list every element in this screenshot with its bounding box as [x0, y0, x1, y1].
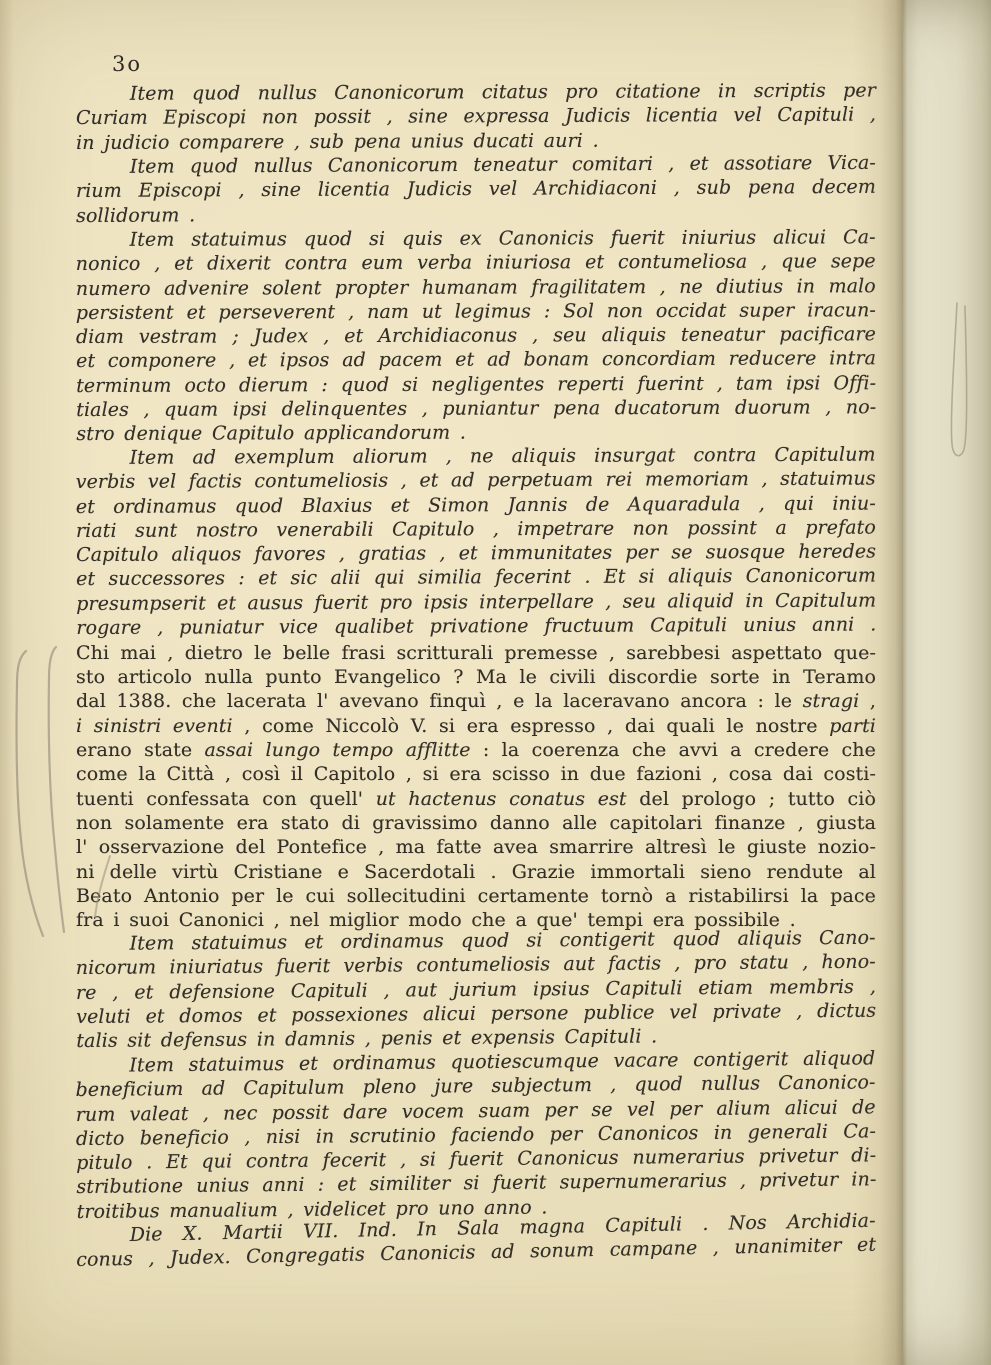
text-line: Item quod nullus Canonicorum citatus pro…	[76, 79, 876, 107]
paragraph-commentary: Chi mai , dietro le belle frasi scrittur…	[76, 641, 876, 933]
text-segment: Item quod nullus Canonicorum teneatur co…	[130, 152, 876, 178]
text-segment: l' osservazione del Pontefice , ma fatte…	[76, 836, 876, 858]
text-segment: diam vestram ; Judex , et Archidiaconus …	[76, 323, 876, 348]
emphasis-text: ut hactenus conatus est	[376, 788, 627, 810]
text-line: persistent et perseverent , nam ut legim…	[76, 298, 876, 325]
text-segment: in judicio comparere , sub pena unius du…	[76, 129, 599, 153]
text-segment: verbis vel factis contumeliosis , et ad …	[76, 468, 876, 493]
paragraph-statute-item-1: Item quod nullus Canonicorum citatus pro…	[76, 79, 876, 155]
text-segment: numero advenire solent propter humanam f…	[76, 275, 876, 300]
text-segment: tiales , quam ipsi delinquentes , punian…	[76, 396, 876, 421]
text-segment: sollidorum .	[76, 204, 195, 227]
paragraph-statute-item-6: Item statuimus et ordinamus quotiescumqu…	[75, 1046, 877, 1224]
text-segment: Beato Antonio per le cui sollecitudini c…	[76, 885, 876, 907]
text-segment: persistent et perseverent , nam ut legim…	[76, 299, 876, 324]
text-segment: stro denique Capitulo applicandorum .	[76, 422, 466, 445]
page-fold-shadow	[852, 0, 903, 1365]
text-line: dal 1388. che lacerata l' avevano finquì…	[76, 689, 876, 713]
text-line: sollidorum .	[76, 199, 876, 227]
text-segment: Item ad exemplum aliorum , ne aliquis in…	[130, 444, 876, 469]
text-segment: erano state	[76, 739, 205, 761]
text-segment: riati sunt nostro venerabili Capitulo , …	[76, 517, 876, 542]
page-number: 3o	[112, 52, 142, 76]
text-line: i sinistri eventi , come Niccolò V. si e…	[76, 714, 876, 738]
text-segment: rium Episcopi , sine licentia Judicis ve…	[76, 176, 876, 202]
emphasis-text: i sinistri eventi	[76, 715, 233, 737]
left-edge-shadow	[0, 0, 14, 1365]
text-segment: presumpserit et ausus fuerit pro ipsis i…	[76, 590, 876, 615]
paragraph-statute-item-3: Item statuimus quod si quis ex Canonicis…	[76, 225, 877, 446]
text-line: Beato Antonio per le cui sollecitudini c…	[76, 884, 876, 908]
text-line: Curiam Episcopi non possit , sine expres…	[76, 103, 876, 131]
text-segment: ni delle virtù Cristiane e Sacerdotali .…	[76, 861, 876, 883]
text-segment: et componere , et ipsos ad pacem et ad b…	[76, 347, 876, 372]
text-segment: et ordinamus quod Blaxius et Simon Janni…	[76, 493, 876, 518]
text-block: Item quod nullus Canonicorum citatus pro…	[76, 82, 876, 1273]
text-segment: tuenti confessata con quell'	[76, 788, 376, 810]
text-segment: : la coerenza che avvi a credere che	[471, 739, 876, 761]
emphasis-text: assai lungo tempo afflitte	[205, 739, 471, 761]
text-segment: Capitulo aliquos favores , gratias , et …	[76, 541, 876, 566]
text-segment: non solamente era stato di gravissimo da…	[76, 812, 876, 834]
scanned-book-page: 3o Item quod nullus Canonicorum citatus …	[0, 0, 991, 1365]
text-segment: sto articolo nulla punto Evangelico ? Ma…	[76, 666, 876, 688]
text-segment: come la Città , così il Capitolo , si er…	[76, 763, 876, 785]
text-line: verbis vel factis contumeliosis , et ad …	[76, 467, 876, 495]
paragraph-statute-item-5: Item statuimus et ordinamus quod si cont…	[76, 926, 877, 1054]
text-line: rium Episcopi , sine licentia Judicis ve…	[76, 175, 876, 203]
text-segment: rogare , puniatur vice qualibet privatio…	[76, 614, 876, 639]
text-line: et componere , et ipsos ad pacem et ad b…	[76, 346, 876, 373]
text-line: terminum octo dierum : quod si negligent…	[76, 371, 876, 398]
text-line: come la Città , così il Capitolo , si er…	[76, 762, 876, 786]
text-line: sto articolo nulla punto Evangelico ? Ma…	[76, 665, 876, 689]
book-page: 3o Item quod nullus Canonicorum citatus …	[0, 0, 903, 1365]
text-segment: , come Niccolò V. si era espresso , dai …	[233, 715, 830, 737]
text-line: l' osservazione del Pontefice , ma fatte…	[76, 835, 876, 859]
text-line: erano state assai lungo tempo afflitte :…	[76, 738, 876, 762]
text-line: numero advenire solent propter humanam f…	[76, 274, 876, 301]
text-segment: dal 1388. che lacerata l' avevano finquì…	[76, 690, 803, 712]
text-segment: del prologo ; tutto ciò	[627, 788, 876, 810]
text-segment: Item statuimus quod si quis ex Canonicis…	[130, 226, 876, 251]
text-line: tiales , quam ipsi delinquentes , punian…	[76, 395, 876, 422]
paragraph-statute-item-2: Item quod nullus Canonicorum teneatur co…	[76, 151, 876, 228]
text-segment: et successores : et sic alii qui similia…	[76, 565, 876, 590]
text-line: ni delle virtù Cristiane e Sacerdotali .…	[76, 860, 876, 884]
text-segment: Curiam Episcopi non possit , sine expres…	[76, 104, 876, 129]
text-segment: Chi mai , dietro le belle frasi scrittur…	[76, 642, 876, 664]
text-segment: terminum octo dierum : quod si negligent…	[76, 372, 876, 397]
text-segment: nonico , et dixerit contra eum verba ini…	[76, 250, 876, 275]
text-segment: Item quod nullus Canonicorum citatus pro…	[130, 80, 876, 105]
text-line: Chi mai , dietro le belle frasi scrittur…	[76, 641, 876, 665]
paragraph-statute-item-4: Item ad exemplum aliorum , ne aliquis in…	[76, 443, 877, 641]
text-line: rogare , puniatur vice qualibet privatio…	[76, 613, 876, 641]
text-line: nonico , et dixerit contra eum verba ini…	[76, 249, 876, 276]
emphasis-text: stragi	[803, 690, 860, 712]
text-line: tuenti confessata con quell' ut hactenus…	[76, 787, 876, 811]
text-line: diam vestram ; Judex , et Archidiaconus …	[76, 322, 876, 349]
text-line: non solamente era stato di gravissimo da…	[76, 811, 876, 835]
text-line: Item statuimus quod si quis ex Canonicis…	[76, 225, 876, 252]
adjacent-page-edge	[903, 0, 991, 1365]
